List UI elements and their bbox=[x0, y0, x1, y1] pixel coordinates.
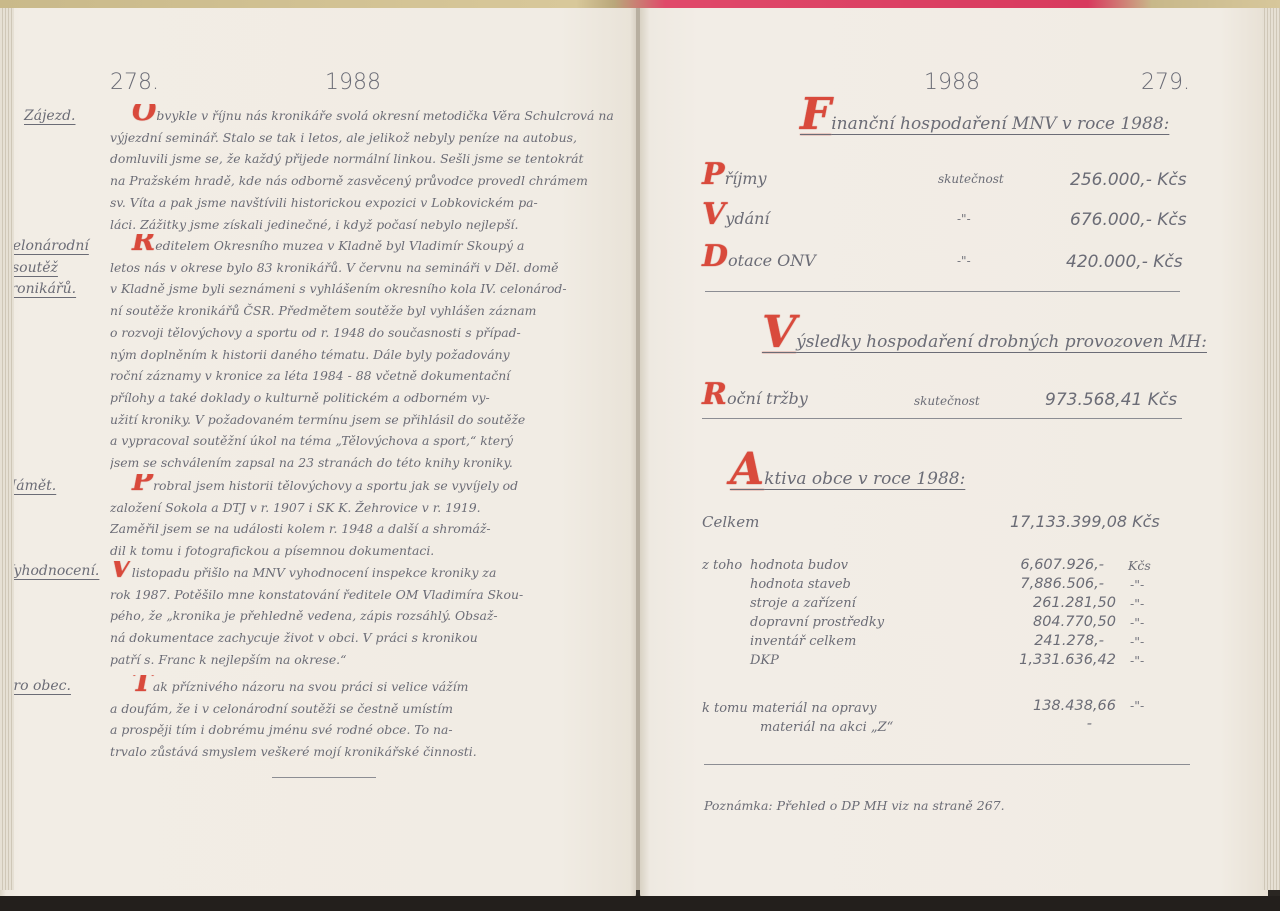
section-vyhodnoceni: Vlistopadu přišlo na MNV vyhodnocení ins… bbox=[110, 561, 630, 671]
finance-title: Finanční hospodaření MNV v roce 1988: bbox=[800, 108, 1169, 134]
text-line: patří s. Franc k nejlepším na okrese.“ bbox=[110, 649, 630, 671]
asset-label: materiál na akci „Z“ bbox=[760, 720, 893, 735]
text-line: domluvili jsme se, že každý přijede norm… bbox=[110, 148, 630, 170]
left-page-number: 278. bbox=[110, 70, 159, 95]
assets-total-label: Celkem bbox=[702, 513, 759, 531]
margin-label-celonarodni-soutez: Celonárodní soutěž kronikářů. bbox=[2, 236, 89, 301]
text-line: výjezdní seminář. Stalo se tak i letos, … bbox=[110, 127, 630, 149]
section-divider bbox=[702, 418, 1182, 419]
finance-value: 676.000,- Kčs bbox=[1070, 210, 1187, 230]
section-celonarodni-soutez: Ředitelem Okresního muzea v Kladně byl V… bbox=[110, 234, 630, 474]
asset-value: 6,607.926,- bbox=[1004, 557, 1104, 573]
text-line: ak příznivého názoru na svou práci si ve… bbox=[153, 679, 469, 694]
asset-unit: -"- bbox=[1130, 596, 1144, 611]
page-edges-left bbox=[0, 8, 14, 890]
margin-label-vyhodnoceni: Vyhodnocení. bbox=[4, 563, 99, 579]
red-initial: D bbox=[702, 239, 728, 274]
row-label: otace ONV bbox=[728, 251, 816, 270]
text-line: roční záznamy v kronice za léta 1984 - 8… bbox=[110, 365, 630, 387]
text-line: trvalo zůstává smyslem veškeré mojí kron… bbox=[110, 741, 630, 763]
section-zajezd: Obvykle v říjnu nás kronikáře svolá okre… bbox=[110, 104, 630, 235]
text-line: dil k tomu i fotografickou a písemnou do… bbox=[110, 540, 630, 562]
red-initial: V bbox=[702, 197, 725, 232]
text-line: editelem Okresního muzea v Kladně byl Vl… bbox=[155, 238, 524, 253]
finance-row-prijmy: Příjmy bbox=[702, 168, 767, 188]
asset-label: DKP bbox=[750, 653, 779, 668]
section-divider bbox=[705, 291, 1180, 292]
asset-value: 804.770,50 bbox=[1004, 614, 1116, 630]
margin-label-line: soutěž bbox=[2, 258, 89, 280]
text-line: sv. Víta a pak jsme navštívili historick… bbox=[110, 192, 630, 214]
finance-value: 420.000,- Kčs bbox=[1066, 252, 1183, 272]
right-page: 1988 279. Finanční hospodaření MNV v roc… bbox=[640, 8, 1268, 900]
text-line: v Kladně jsme byli seznámeni s vyhlášení… bbox=[110, 278, 630, 300]
row-label: oční tržby bbox=[727, 389, 808, 408]
text-line: ná dokumentace zachycuje život v obci. V… bbox=[110, 627, 630, 649]
text-line: na Pražském hradě, kde nás odborně zasvě… bbox=[110, 170, 630, 192]
small-business-note: skutečnost bbox=[914, 394, 980, 408]
assets-title-text: ktiva obce v roce 1988: bbox=[764, 469, 965, 489]
right-page-year: 1988 bbox=[924, 70, 980, 95]
text-line: Zaměřil jsem se na události kolem r. 194… bbox=[110, 518, 630, 540]
section-divider bbox=[704, 764, 1190, 765]
text-line: pého, že „kronika je přehledně vedena, z… bbox=[110, 605, 630, 627]
red-initial: R bbox=[702, 377, 727, 412]
text-line: a doufám, že i v celonárodní soutěži se … bbox=[110, 698, 630, 720]
row-label: ydání bbox=[725, 209, 769, 228]
red-initial: P bbox=[132, 474, 153, 497]
section-pro-obec: Tak příznivého názoru na svou práci si v… bbox=[110, 675, 630, 763]
small-business-row: Roční tržby bbox=[702, 388, 808, 408]
text-line: rok 1987. Potěšilo mne konstatování ředi… bbox=[110, 584, 630, 606]
red-initial: V bbox=[762, 307, 796, 358]
additional-prefix: k tomu bbox=[702, 701, 748, 716]
red-initial: Ř bbox=[132, 234, 155, 257]
text-line: užití kroniky. V požadovaném termínu jse… bbox=[110, 409, 630, 431]
asset-label: hodnota staveb bbox=[750, 577, 851, 592]
margin-label-line: kronikářů. bbox=[2, 279, 89, 301]
asset-label: dopravní prostředky bbox=[750, 615, 884, 630]
text-line: ným doplněním k historii daného tématu. … bbox=[110, 344, 630, 366]
text-line: láci. Zážitky jsme získali jedinečné, i … bbox=[110, 214, 630, 236]
finance-title-text: inanční hospodaření MNV v roce 1988: bbox=[831, 114, 1169, 134]
asset-label: stroje a zařízení bbox=[750, 596, 856, 611]
red-initial: A bbox=[730, 444, 764, 495]
asset-unit: -"- bbox=[1130, 653, 1144, 668]
red-initial: O bbox=[132, 104, 156, 127]
asset-value: - bbox=[1004, 716, 1092, 732]
footnote: Poznámka: Přehled o DP MH viz na straně … bbox=[704, 798, 1005, 813]
red-initial: T bbox=[132, 675, 153, 698]
row-label: říjmy bbox=[725, 169, 767, 188]
asset-unit: -"- bbox=[1130, 634, 1144, 649]
text-line: o rozvoji tělovýchovy a sportu od r. 194… bbox=[110, 322, 630, 344]
section-namet: Probral jsem historii tělovýchovy a spor… bbox=[110, 474, 630, 562]
right-page-number: 279. bbox=[1141, 70, 1190, 95]
asset-value: 7,886.506,- bbox=[1004, 576, 1104, 592]
small-business-title: Výsledky hospodaření drobných provozoven… bbox=[762, 326, 1207, 352]
asset-value: 1,331.636,42 bbox=[1004, 652, 1116, 668]
book-bottom-shadow bbox=[0, 896, 1280, 911]
asset-value: 241.278,- bbox=[1004, 633, 1104, 649]
asset-label: hodnota budov bbox=[750, 558, 848, 573]
small-business-title-text: ýsledky hospodaření drobných provozoven … bbox=[796, 332, 1207, 352]
text-line: letos nás v okrese bylo 83 kronikářů. V … bbox=[110, 257, 630, 279]
margin-label-line: Celonárodní bbox=[2, 236, 89, 258]
asset-value: 261.281,50 bbox=[1004, 595, 1116, 611]
margin-label-zajezd: Zájezd. bbox=[24, 108, 76, 124]
finance-note: -"- bbox=[957, 212, 971, 226]
text-line: ní soutěže kronikářů ČSR. Předmětem sout… bbox=[110, 300, 630, 322]
text-line: robral jsem historii tělovýchovy a sport… bbox=[153, 478, 518, 493]
margin-label-pro-obec: Pro obec. bbox=[4, 678, 71, 694]
red-initial: F bbox=[800, 89, 831, 140]
section-end-rule bbox=[272, 777, 376, 778]
breakdown-prefix: z toho bbox=[702, 558, 742, 573]
asset-label: inventář celkem bbox=[750, 634, 856, 649]
assets-title: Aktiva obce v roce 1988: bbox=[730, 463, 965, 489]
asset-unit: -"- bbox=[1130, 698, 1144, 713]
asset-label: materiál na opravy bbox=[752, 701, 876, 716]
left-page-year: 1988 bbox=[325, 70, 381, 95]
asset-value: 138.438,66 bbox=[1004, 698, 1116, 714]
asset-unit: -"- bbox=[1130, 577, 1144, 592]
text-line: a prospěji tím i dobrému jménu své rodné… bbox=[110, 719, 630, 741]
red-initial: P bbox=[702, 157, 725, 192]
text-line: přílohy a také doklady o kulturně politi… bbox=[110, 387, 630, 409]
finance-value: 256.000,- Kčs bbox=[1070, 170, 1187, 190]
small-business-value: 973.568,41 Kčs bbox=[1045, 390, 1177, 410]
finance-note: skutečnost bbox=[938, 172, 1004, 186]
text-line: listopadu přišlo na MNV vyhodnocení insp… bbox=[132, 565, 497, 580]
text-line: jsem se schválením zapsal na 23 stranách… bbox=[110, 452, 630, 474]
finance-row-vydani: Vydání bbox=[702, 208, 770, 228]
text-line: bvykle v říjnu nás kronikáře svolá okres… bbox=[156, 108, 613, 123]
finance-row-dotace: Dotace ONV bbox=[702, 250, 816, 270]
assets-total-value: 17,133.399,08 Kčs bbox=[1010, 512, 1160, 531]
red-initial: V bbox=[110, 561, 132, 584]
text-line: a vypracoval soutěžní úkol na téma „Tělo… bbox=[110, 430, 630, 452]
text-line: založení Sokola a DTJ v r. 1907 i SK K. … bbox=[110, 497, 630, 519]
page-edges-right bbox=[1262, 8, 1280, 890]
asset-unit: -"- bbox=[1130, 615, 1144, 630]
finance-note: -"- bbox=[957, 254, 971, 268]
left-page: 278. 1988 Zájezd. Obvykle v říjnu nás kr… bbox=[0, 8, 636, 900]
asset-unit: Kčs bbox=[1128, 558, 1151, 573]
